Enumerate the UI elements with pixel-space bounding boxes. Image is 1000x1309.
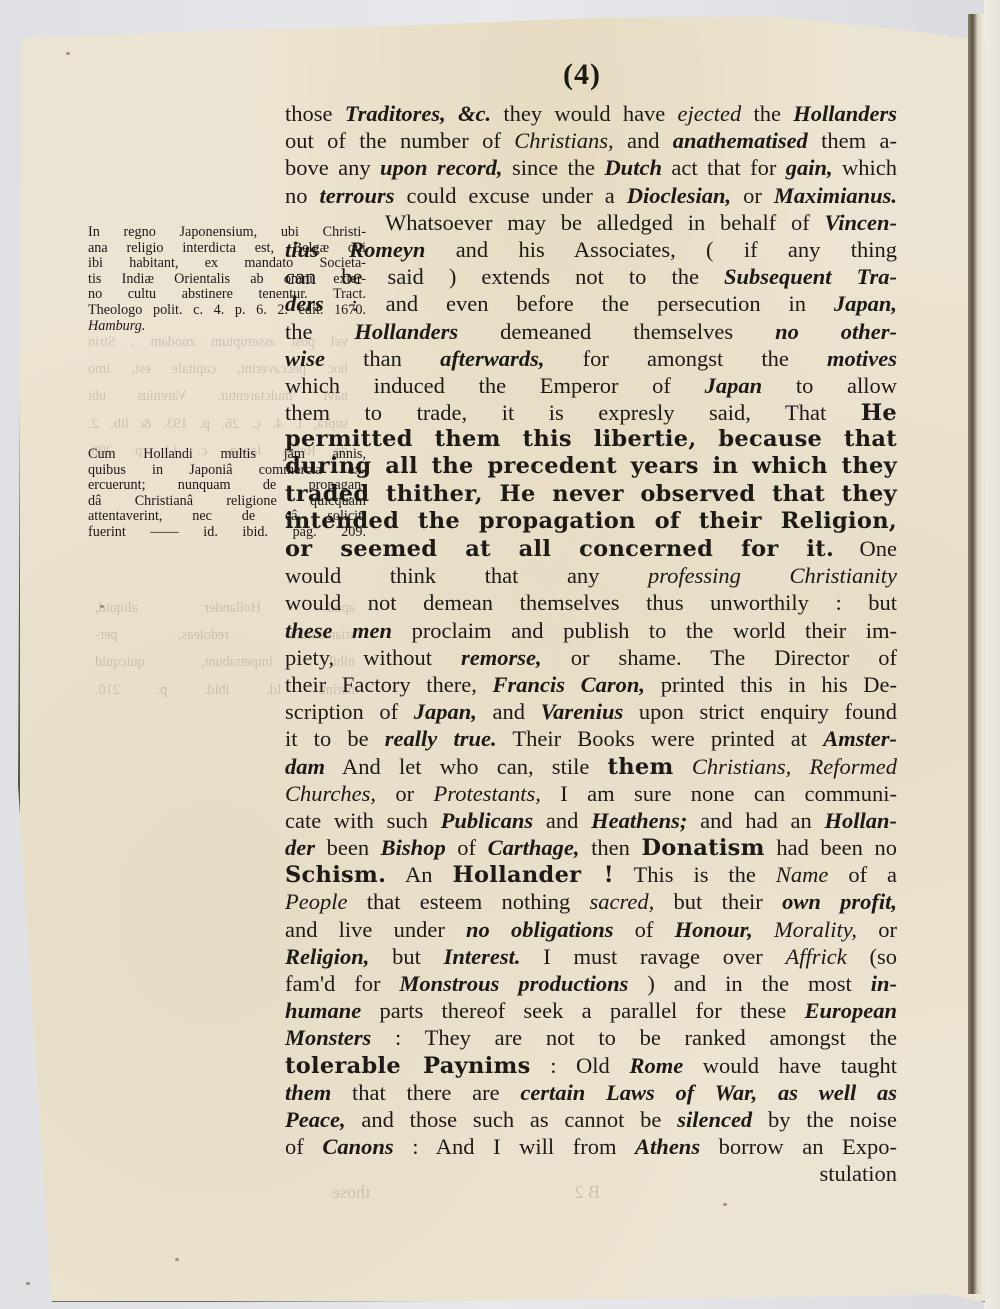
body-line: the Hollanders demeaned themselves no ot… [285, 318, 897, 345]
body-line: which induced the Emperor of Japan to al… [285, 372, 897, 399]
paper-speck [723, 1203, 727, 1206]
body-line-blackletter: during all the precedent years in which … [285, 453, 897, 480]
body-line: would not demean themselves thus unworth… [285, 589, 897, 616]
body-line: piety, without remorse, or shame. The Di… [285, 644, 897, 671]
body-line: Schism. An Hollander ! This is the Name … [285, 861, 897, 888]
body-line: cate with such Publicans and Heathens; a… [285, 807, 897, 834]
body-line: it to be really true. Their Books were p… [285, 725, 897, 752]
paper-speck [175, 1258, 179, 1261]
body-line: or seemed at all concerned for it. One [285, 535, 897, 562]
body-line: dam And let who can, stile them Christia… [285, 753, 897, 780]
body-text: those Traditores, &c. they would have ej… [285, 100, 897, 1188]
body-line: can be said ) extends not to the Subsequ… [285, 263, 897, 290]
body-line: of Canons : And I will from Athens borro… [285, 1133, 897, 1160]
body-line: Monsters : They are not to be ranked amo… [285, 1024, 897, 1051]
body-line: der been Bishop of Carthage, then Donati… [285, 834, 897, 861]
body-line: them to trade, it is expresly said, That… [285, 399, 897, 426]
body-line-blackletter: permitted them this libertie, because th… [285, 426, 897, 453]
body-line: out of the number of Christians, and ana… [285, 127, 897, 154]
body-line: scription of Japan, and Varenius upon st… [285, 698, 897, 725]
body-line: wise than afterwards, for amongst the mo… [285, 345, 897, 372]
body-line: Whatsoever may be alledged in behalf of … [285, 209, 897, 236]
body-line: Peace, and those such as cannot be silen… [285, 1106, 897, 1133]
body-line: Churches, or Protestants, I am sure none… [285, 780, 897, 807]
body-line: and live under no obligations of Honour,… [285, 916, 897, 943]
body-line-blackletter: traded thither, He never observed that t… [285, 481, 897, 508]
body-line-blackletter: intended the propagation of their Religi… [285, 508, 897, 535]
gutter-shadow [968, 14, 984, 1294]
body-line: tolerable Paynims : Old Rome would have … [285, 1052, 897, 1079]
body-line: these men proclaim and publish to the wo… [285, 617, 897, 644]
body-line: would think that any professing Christia… [285, 562, 897, 589]
body-line: humane parts thereof seek a parallel for… [285, 997, 897, 1024]
paper-speck [66, 52, 70, 55]
page-number: (4) [563, 58, 601, 92]
body-line: their Factory there, Francis Caron, prin… [285, 671, 897, 698]
body-line: Religion, but Interest. I must ravage ov… [285, 943, 897, 970]
body-line: People that esteem nothing sacred, but t… [285, 888, 897, 915]
body-line: them that there are certain Laws of War,… [285, 1079, 897, 1106]
body-line: tius Romeyn and his Associates, ( if any… [285, 236, 897, 263]
paper-speck [100, 605, 104, 608]
catchword: stulation [285, 1160, 897, 1187]
paper-speck [26, 1282, 30, 1285]
body-line: bove any upon record, since the Dutch ac… [285, 154, 897, 181]
body-line: fam'd for Monstrous productions ) and in… [285, 970, 897, 997]
facing-page-edge [984, 0, 1000, 1309]
body-line: ders : and even before the persecution i… [285, 290, 897, 317]
body-line: no terrours could excuse under a Diocles… [285, 182, 897, 209]
body-line: those Traditores, &c. they would have ej… [285, 100, 897, 127]
